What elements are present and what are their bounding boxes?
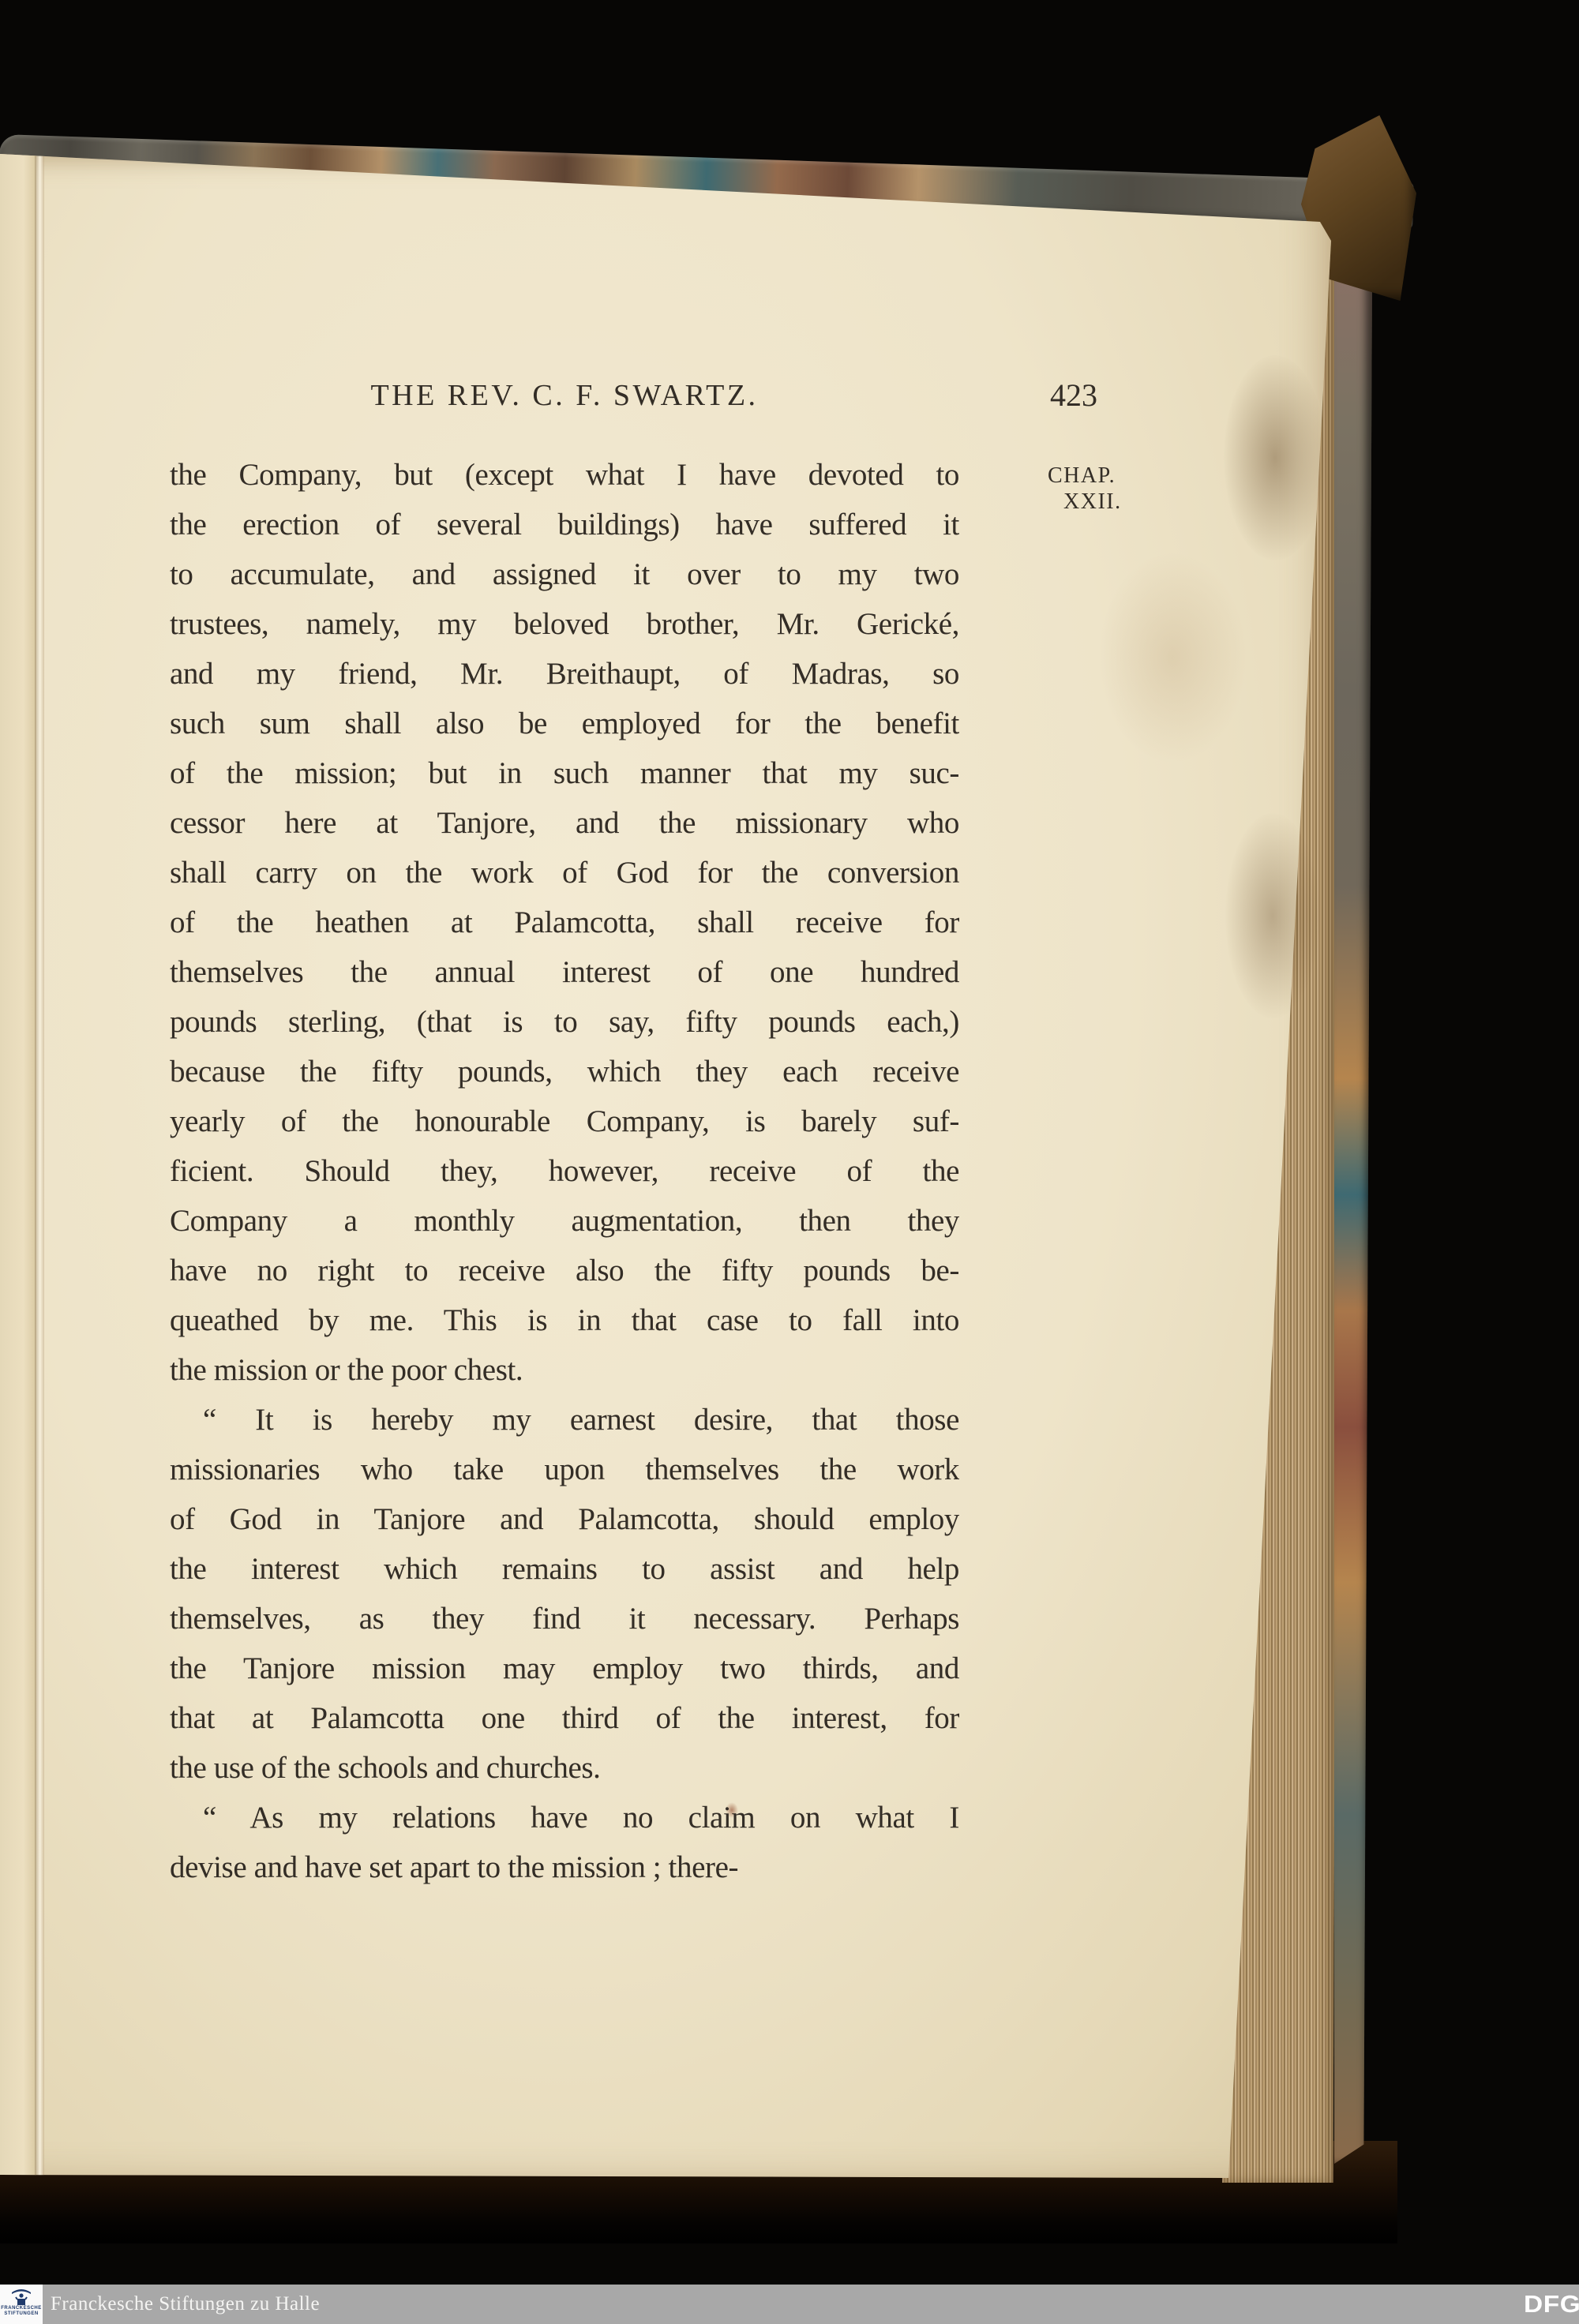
text-line: because the fifty pounds, which they eac… bbox=[170, 1047, 959, 1096]
franckesche-stiftungen-icon bbox=[9, 2287, 33, 2306]
library-logo: FRANCKESCHE STIFTUNGEN bbox=[0, 2285, 43, 2324]
text-line: Company a monthly augmentation, then the… bbox=[170, 1196, 959, 1246]
dfg-logo: DFG bbox=[1524, 2290, 1579, 2318]
text-line: missionaries who take upon themselves th… bbox=[170, 1445, 959, 1494]
footer-bar: FRANCKESCHE STIFTUNGEN Franckesche Stift… bbox=[0, 2285, 1579, 2324]
text-line: the interest which remains to assist and… bbox=[170, 1544, 959, 1594]
text-line: the Tanjore mission may employ two third… bbox=[170, 1644, 959, 1693]
printed-text-layer: THE REV. C. F. SWARTZ. 423 CHAP. XXII. t… bbox=[0, 0, 1579, 2324]
text-line: “ It is hereby my earnest desire, that t… bbox=[170, 1395, 959, 1445]
text-line: the use of the schools and churches. bbox=[170, 1743, 959, 1793]
text-line: that at Palamcotta one third of the inte… bbox=[170, 1693, 959, 1743]
text-line: and my friend, Mr. Breithaupt, of Madras… bbox=[170, 649, 959, 699]
text-line: themselves the annual interest of one hu… bbox=[170, 947, 959, 997]
chapter-margin-note: CHAP. XXII. bbox=[1048, 463, 1182, 515]
text-line: queathed by me. This is in that case to … bbox=[170, 1295, 959, 1345]
chapter-number: XXII. bbox=[1048, 489, 1182, 515]
scan-viewport: THE REV. C. F. SWARTZ. 423 CHAP. XXII. t… bbox=[0, 0, 1579, 2324]
text-line: of the heathen at Palamcotta, shall rece… bbox=[170, 898, 959, 947]
text-line: the mission or the poor chest. bbox=[170, 1345, 959, 1395]
text-line: ficient. Should they, however, receive o… bbox=[170, 1146, 959, 1196]
text-line: yearly of the honourable Company, is bar… bbox=[170, 1096, 959, 1146]
text-line: themselves, as they find it necessary. P… bbox=[170, 1594, 959, 1644]
text-line: of God in Tanjore and Palamcotta, should… bbox=[170, 1494, 959, 1544]
text-column: the Company, but (except what I have dev… bbox=[170, 450, 959, 1892]
text-line: the Company, but (except what I have dev… bbox=[170, 450, 959, 500]
text-line: shall carry on the work of God for the c… bbox=[170, 848, 959, 898]
text-line: have no right to receive also the fifty … bbox=[170, 1246, 959, 1295]
text-line: “ As my relations have no claim on what … bbox=[170, 1793, 959, 1842]
page-number: 423 bbox=[1026, 375, 1121, 416]
text-line: cessor here at Tanjore, and the missiona… bbox=[170, 798, 959, 848]
text-line: the erection of several buildings) have … bbox=[170, 500, 959, 549]
text-line: to accumulate, and assigned it over to m… bbox=[170, 549, 959, 599]
chapter-label: CHAP. bbox=[1048, 463, 1182, 489]
logo-text-line1: FRANCKESCHE bbox=[1, 2306, 42, 2311]
library-name-label: Franckesche Stiftungen zu Halle bbox=[51, 2285, 320, 2324]
text-line: such sum shall also be employed for the … bbox=[170, 699, 959, 748]
text-line: devise and have set apart to the mission… bbox=[170, 1842, 959, 1892]
text-line: trustees, namely, my beloved brother, Mr… bbox=[170, 599, 959, 649]
text-line: pounds sterling, (that is to say, fifty … bbox=[170, 997, 959, 1047]
logo-text-line2: STIFTUNGEN bbox=[4, 2311, 38, 2317]
running-header: THE REV. C. F. SWARTZ. bbox=[170, 375, 959, 416]
text-line: of the mission; but in such manner that … bbox=[170, 748, 959, 798]
